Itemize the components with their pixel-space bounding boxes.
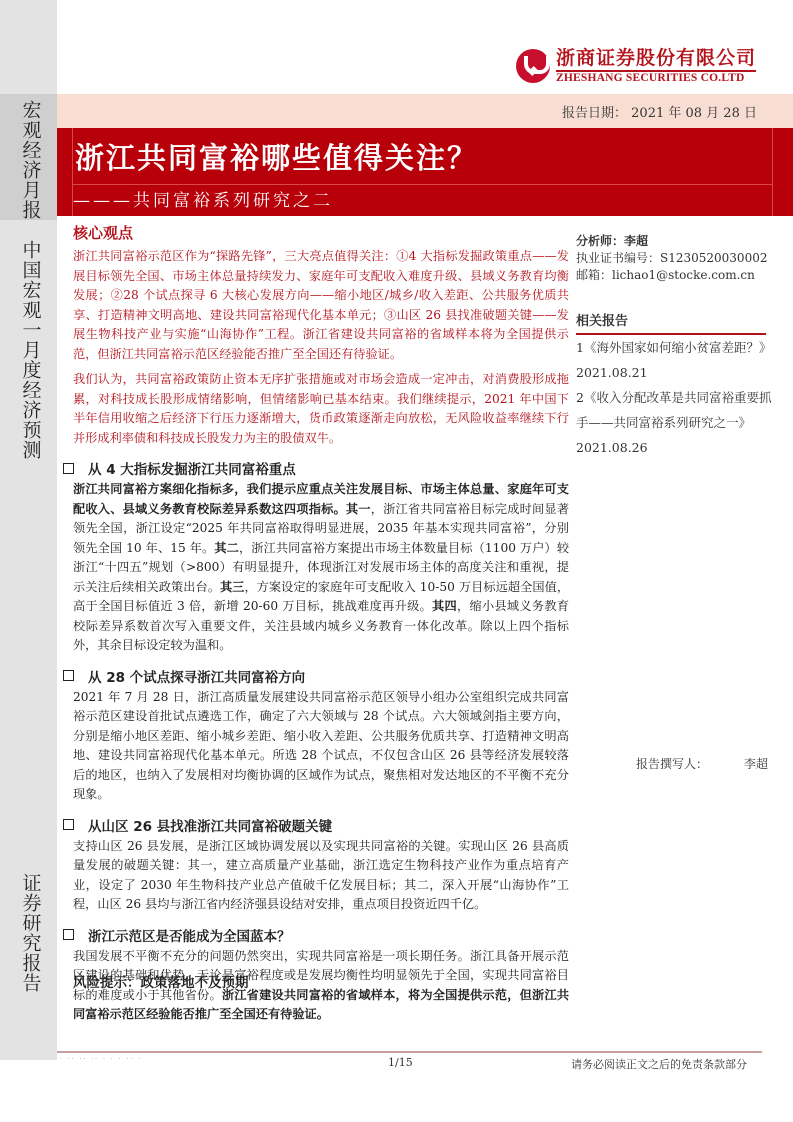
- writer-name: 李超: [744, 757, 768, 771]
- footer-disclaimer: 请务必阅读正文之后的免责条款部分: [571, 1056, 747, 1072]
- checkbox-bullet-icon: [63, 929, 74, 940]
- company-name-cn: 浙商证券股份有限公司: [556, 48, 756, 72]
- section-heading: 从 4 大指标发掘浙江共同富裕重点: [63, 458, 569, 478]
- analyst-email[interactable]: 邮箱：lichao1@stocke.com.cn: [576, 267, 776, 284]
- divider: [772, 128, 773, 216]
- analyst-name: 分析师：李超: [576, 233, 776, 250]
- checkbox-bullet-icon: [63, 819, 74, 830]
- section-body: 2021 年 7 月 28 日，浙江高质量发展建设共同富裕示范区领导小组办公室组…: [73, 688, 569, 805]
- checkbox-bullet-icon: [63, 463, 74, 474]
- related-reports-heading: 相关报告: [576, 310, 766, 335]
- core-paragraph-1: 浙江共同富裕示范区作为“探路先锋”，三大亮点值得关注：①4 大指标发掘政策重点—…: [73, 247, 569, 364]
- report-date: 报告日期： 2021 年 08 月 28 日: [562, 102, 757, 121]
- section-title: 从山区 26 县找准浙江共同富裕破题关键: [88, 815, 332, 835]
- related-report-title[interactable]: 2《收入分配改革是共同富裕重要抓: [576, 385, 776, 410]
- section-body: 支持山区 26 县发展，是浙江区域协调发展以及实现共同富裕的关键。实现山区 26…: [73, 837, 569, 915]
- right-column: 分析师：李超 执业证书编号：S1230520030002 邮箱：lichao1@…: [576, 233, 776, 460]
- bold-marker: 其一: [346, 502, 371, 516]
- core-paragraph-2: 我们认为，共同富裕政策防止资本无序扩张措施或对市场会造成一定冲击，对消费股形成拖…: [73, 370, 569, 448]
- page-title: 浙江共同富裕哪些值得关注？: [75, 136, 478, 177]
- company-logo: 浙商证券股份有限公司 ZHESHANG SECURITIES CO.LTD: [516, 48, 756, 84]
- company-name-en: ZHESHANG SECURITIES CO.LTD: [556, 72, 756, 84]
- zheshang-logo-icon: [516, 49, 550, 83]
- risk-warning: 风险提示：政策落地不及预期: [73, 971, 249, 991]
- bold-marker: 其三: [220, 580, 245, 594]
- footer-watermark: · ·· ·· ·· · · · ·· ·: [60, 1056, 142, 1063]
- page-subtitle: ———共同富裕系列研究之二: [73, 186, 333, 211]
- analyst-license: 执业证书编号：S1230520030002: [576, 250, 776, 267]
- sidebar-category: 宏观经济月报: [21, 100, 40, 220]
- report-date-value: 2021 年 08 月 28 日: [631, 106, 757, 121]
- divider: [72, 184, 773, 185]
- section-title: 浙江示范区是否能成为全国蓝本？: [88, 925, 291, 945]
- section-heading: 从 28 个试点探寻浙江共同富裕方向: [63, 666, 569, 686]
- core-heading: 核心观点: [73, 222, 569, 243]
- related-report-date: 2021.08.21: [576, 360, 776, 385]
- section-body: 浙江共同富裕方案细化指标多，我们提示应重点关注发展目标、市场主体总量、家庭年可支…: [73, 480, 569, 656]
- checkbox-bullet-icon: [63, 670, 74, 681]
- sidebar-series: 中国宏观一月度经济预测: [21, 240, 40, 460]
- title-banner: 浙江共同富裕哪些值得关注？ ———共同富裕系列研究之二: [57, 128, 793, 216]
- section-title: 从 28 个试点探寻浙江共同富裕方向: [88, 666, 305, 686]
- bold-marker: 其二: [214, 541, 239, 555]
- related-report-date: 2021.08.26: [576, 435, 776, 460]
- page-number: 1/15: [388, 1056, 413, 1069]
- report-date-label: 报告日期：: [562, 106, 627, 121]
- sidebar-doc-type: 证券研究报告: [21, 873, 40, 993]
- main-content: 核心观点 浙江共同富裕示范区作为“探路先锋”，三大亮点值得关注：①4 大指标发掘…: [73, 222, 569, 1025]
- section-title: 从 4 大指标发掘浙江共同富裕重点: [88, 458, 296, 478]
- footer-divider: [57, 1051, 762, 1053]
- related-report-title[interactable]: 1《海外国家如何缩小贫富差距？》: [576, 335, 776, 360]
- report-writer: 报告撰写人：李超: [636, 755, 768, 772]
- related-report-title-cont[interactable]: 手——共同富裕系列研究之一》: [576, 410, 776, 435]
- bold-marker: 其四: [432, 599, 457, 613]
- section-heading: 浙江示范区是否能成为全国蓝本？: [63, 925, 569, 945]
- section-heading: 从山区 26 县找准浙江共同富裕破题关键: [63, 815, 569, 835]
- writer-label: 报告撰写人：: [636, 757, 708, 771]
